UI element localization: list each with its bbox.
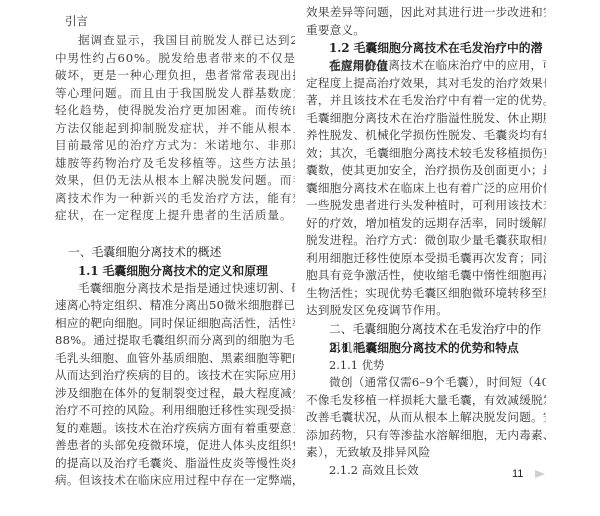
section-1-2-heading: 1.2 毛囊细胞分离技术在毛发治疗中的潜在应用价值 bbox=[306, 39, 546, 57]
paragraph-line: 轻化趋势，使得脱发治疗更加困难。而传统的药物治疗 bbox=[55, 102, 295, 120]
paragraph-line: 添加药物，只有等渗盐水溶解细胞，无内毒素、外毒 bbox=[306, 427, 546, 445]
section-2-1-heading: 2.1 毛囊细胞分离技术的优势和特点 bbox=[306, 339, 546, 357]
intro-heading: 引言 bbox=[55, 12, 295, 30]
paragraph-line: 重要意义。 bbox=[306, 22, 546, 40]
paragraph-line: 相应的靶向细胞。同时保证细胞高活性，活性率约86– bbox=[55, 315, 295, 333]
spacer bbox=[55, 225, 295, 243]
paragraph-line: 改善毛囊状况，从而从根本上解决脱发问题。安全（不 bbox=[306, 409, 546, 427]
left-column: 引言 据调查显示，我国目前脱发人群已达到2.5亿，其 中男性约占60%。脱发给患… bbox=[55, 0, 295, 490]
paragraph-line: 利用细胞迁移性使原本受损毛囊再次发育；同源同体细 bbox=[306, 250, 546, 268]
paragraph-line: 毛囊细胞分离技术在治疗脂溢性脱发、休止期脱发、营 bbox=[306, 110, 546, 128]
paragraph-line: 囊数，使其更加安全，治疗损伤及创面更小；最后，毛 bbox=[306, 162, 546, 180]
paragraph-line: 不像毛发移植一样损耗大量毛囊，有效减缓脱发进程， bbox=[306, 392, 546, 410]
paragraph-line: 病。但该技术在临床应用过程中存在一定弊端，如治疗 bbox=[55, 472, 295, 490]
section-1-1-heading: 1.1 毛囊细胞分离技术的定义和原理 bbox=[55, 262, 295, 280]
paragraph-line: 等心理问题。而且由于我国脱发人群基数庞大，且呈年 bbox=[55, 85, 295, 103]
paragraph-line: 毛囊细胞分离技术是指是通过快速切割、研磨、低 bbox=[55, 280, 295, 298]
paragraph-line: 中男性约占60%。脱发给患者带来的不仅是外在形象的 bbox=[55, 50, 295, 68]
section-2-1-2-heading: 2.1.2 高效且长效 bbox=[306, 462, 546, 480]
section-1-heading: 一、毛囊细胞分离技术的概述 bbox=[55, 243, 295, 262]
right-column: 效果差异等问题，因此对其进行进一步改进和完善具有 重要意义。 1.2 毛囊细胞分… bbox=[306, 4, 546, 479]
arrow-right-icon bbox=[535, 470, 545, 478]
paragraph-line: 素），无致敏及排异风险 bbox=[306, 444, 546, 462]
paragraph-line: 雄胺等药物治疗及毛发移植等。这些方法虽然有一定的 bbox=[55, 155, 295, 173]
paragraph-line: 养性脱发、机械化学损伤性脱发、毛囊炎均有较好的疗 bbox=[306, 127, 546, 145]
page-footer: 11 bbox=[512, 468, 545, 480]
paragraph-line: 效果差异等问题，因此对其进行进一步改进和完善具有 bbox=[306, 4, 546, 22]
paragraph-line: 的提高以及治疗毛囊炎、脂溢性皮炎等慢性炎症反应疾 bbox=[55, 455, 295, 473]
paragraph-line: 善患者的头部免疫微环境，促进人体头皮组织免疫功能 bbox=[55, 437, 295, 455]
paragraph-line: 复的难题。该技术在治疗疾病方面有着重要意义，如改 bbox=[55, 420, 295, 438]
paragraph-line: 据调查显示，我国目前脱发人群已达到2.5亿，其 bbox=[55, 32, 295, 50]
section-2-1-1-heading: 2.1.1 优势 bbox=[306, 357, 546, 375]
paragraph-line: 好的疗效，增加植发的远期存活率，同时缓解原生发的 bbox=[306, 215, 546, 233]
paragraph-line: 一些脱发患者进行头发种植时，可利用该技术来达到更 bbox=[306, 197, 546, 215]
paragraph-line: 著，并且该技术在毛发治疗中有着一定的优势。首先， bbox=[306, 92, 546, 110]
paragraph-line: 定程度上提高治疗效果，其对毛发的治疗效果也较为显 bbox=[306, 75, 546, 93]
paragraph-line: 达到脱发区免疫调节作用。 bbox=[306, 302, 546, 320]
paragraph-line: 速离心特定组织、精准分离出50微米细胞群已达到获取 bbox=[55, 297, 295, 315]
paragraph-line: 症状，在一定程度上提升患者的生活质量。 bbox=[55, 207, 295, 225]
paragraph-line: 目前最常见的治疗方式为：米诺地尔、非那雄胺、度那 bbox=[55, 137, 295, 155]
paragraph-line: 胞具有竞争激活性，使收缩毛囊中惰性细胞再次发挥其 bbox=[306, 267, 546, 285]
paragraph-line: 效果，但仍无法从根本上解决脱发问题。而毛囊细胞分 bbox=[55, 172, 295, 190]
paragraph-line: 从而达到治疗疾病的目的。该技术在实际应用过程中不 bbox=[55, 367, 295, 385]
paragraph-line: 破坏，更是一种心理负担，患者常常表现出抑郁、焦虑 bbox=[55, 67, 295, 85]
section-2-heading: 二、毛囊细胞分离技术在毛发治疗中的作用机制 bbox=[306, 320, 546, 339]
paragraph-line: 生物活性；实现优势毛囊区细胞微环境转移至脱发区， bbox=[306, 285, 546, 303]
page-number: 11 bbox=[512, 468, 523, 480]
paragraph-line: 毛囊细胞分离技术在临床治疗中的应用，可以在一 bbox=[306, 57, 546, 75]
paragraph-line: 涉及细胞在体外的复制裂变过程，最大程度减少了细胞 bbox=[55, 385, 295, 403]
paragraph-line: 微创（通常仅需6–9个毛囊），时间短（40–50分钟， bbox=[306, 374, 546, 392]
paragraph-line: 88%。通过提取毛囊组织而分离到的细胞为毛囊干细胞、 bbox=[55, 332, 295, 350]
paragraph-line: 方法仅能起到抑制脱发症状，并不能从根本上解决问题。 bbox=[55, 120, 295, 138]
paragraph-line: 效；其次，毛囊细胞分离技术较毛发移植损伤更少的毛 bbox=[306, 145, 546, 163]
paragraph-line: 囊细胞分离技术在临床上也有着广泛的应用价值，如对 bbox=[306, 180, 546, 198]
paragraph-line: 毛乳头细胞、血管外基质细胞、黑素细胞等靶向细胞， bbox=[55, 350, 295, 368]
paragraph-line: 离技术作为一种新兴的毛发治疗方法，能有效缓解脱发 bbox=[55, 190, 295, 208]
paragraph-line: 治疗不可控的风险。利用细胞迁移性实现受损毛囊被修 bbox=[55, 402, 295, 420]
paragraph-line: 脱发进程。治疗方式：微创取少量毛囊获取相应细胞， bbox=[306, 232, 546, 250]
